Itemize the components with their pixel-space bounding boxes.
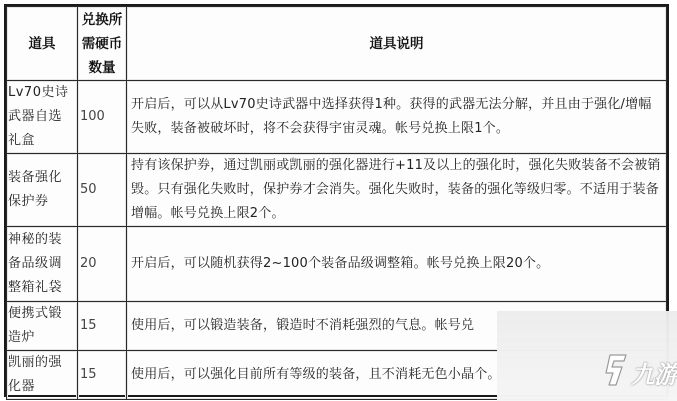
item-cost: 15 (78, 302, 127, 351)
watermark-text: 九游 (631, 355, 677, 390)
item-description: 开启后，可以从Lv70史诗武器中选择获得1种。获得的武器无法分解，并且由于强化/… (127, 81, 667, 154)
header-item: 道具 (7, 7, 78, 81)
item-name: Lv70史诗武器自选礼盒 (7, 81, 78, 154)
table-row: Lv70史诗武器自选礼盒 100 开启后，可以从Lv70史诗武器中选择获得1种。… (7, 81, 667, 154)
table-row: 神秘的装备品级调整箱礼袋 20 开启后，可以随机获得2~100个装备品级调整箱。… (7, 227, 667, 302)
header-cost-line-3: 数量 (78, 56, 126, 80)
header-cost-line-2: 需硬币 (78, 32, 126, 56)
item-description: 持有该保护券，通过凯丽或凯丽的强化器进行+11及以上的强化时，强化失败装备不会被… (127, 154, 667, 227)
item-cost: 100 (78, 81, 127, 154)
item-name: 神秘的装备品级调整箱礼袋 (7, 227, 78, 302)
table-header-row: 道具 兑换所 需硬币 数量 道具说明 (7, 7, 667, 81)
header-cost: 兑换所 需硬币 数量 (78, 7, 127, 81)
header-description: 道具说明 (127, 7, 667, 81)
item-description: 开启后，可以随机获得2~100个装备品级调整箱。帐号兑换上限20个。 (127, 227, 667, 302)
item-cost: 20 (78, 227, 127, 302)
item-name: 便携式锻造炉 (7, 302, 78, 351)
item-name: 凯丽的强化器 (7, 351, 78, 400)
watermark-overlay: 九游 (497, 311, 677, 401)
item-cost: 50 (78, 154, 127, 227)
item-name: 装备强化保护券 (7, 154, 78, 227)
table-row: 装备强化保护券 50 持有该保护券，通过凯丽或凯丽的强化器进行+11及以上的强化… (7, 154, 667, 227)
item-cost: 15 (78, 351, 127, 400)
jiuyou-logo-icon (600, 351, 630, 389)
header-cost-line-1: 兑换所 (78, 8, 126, 32)
